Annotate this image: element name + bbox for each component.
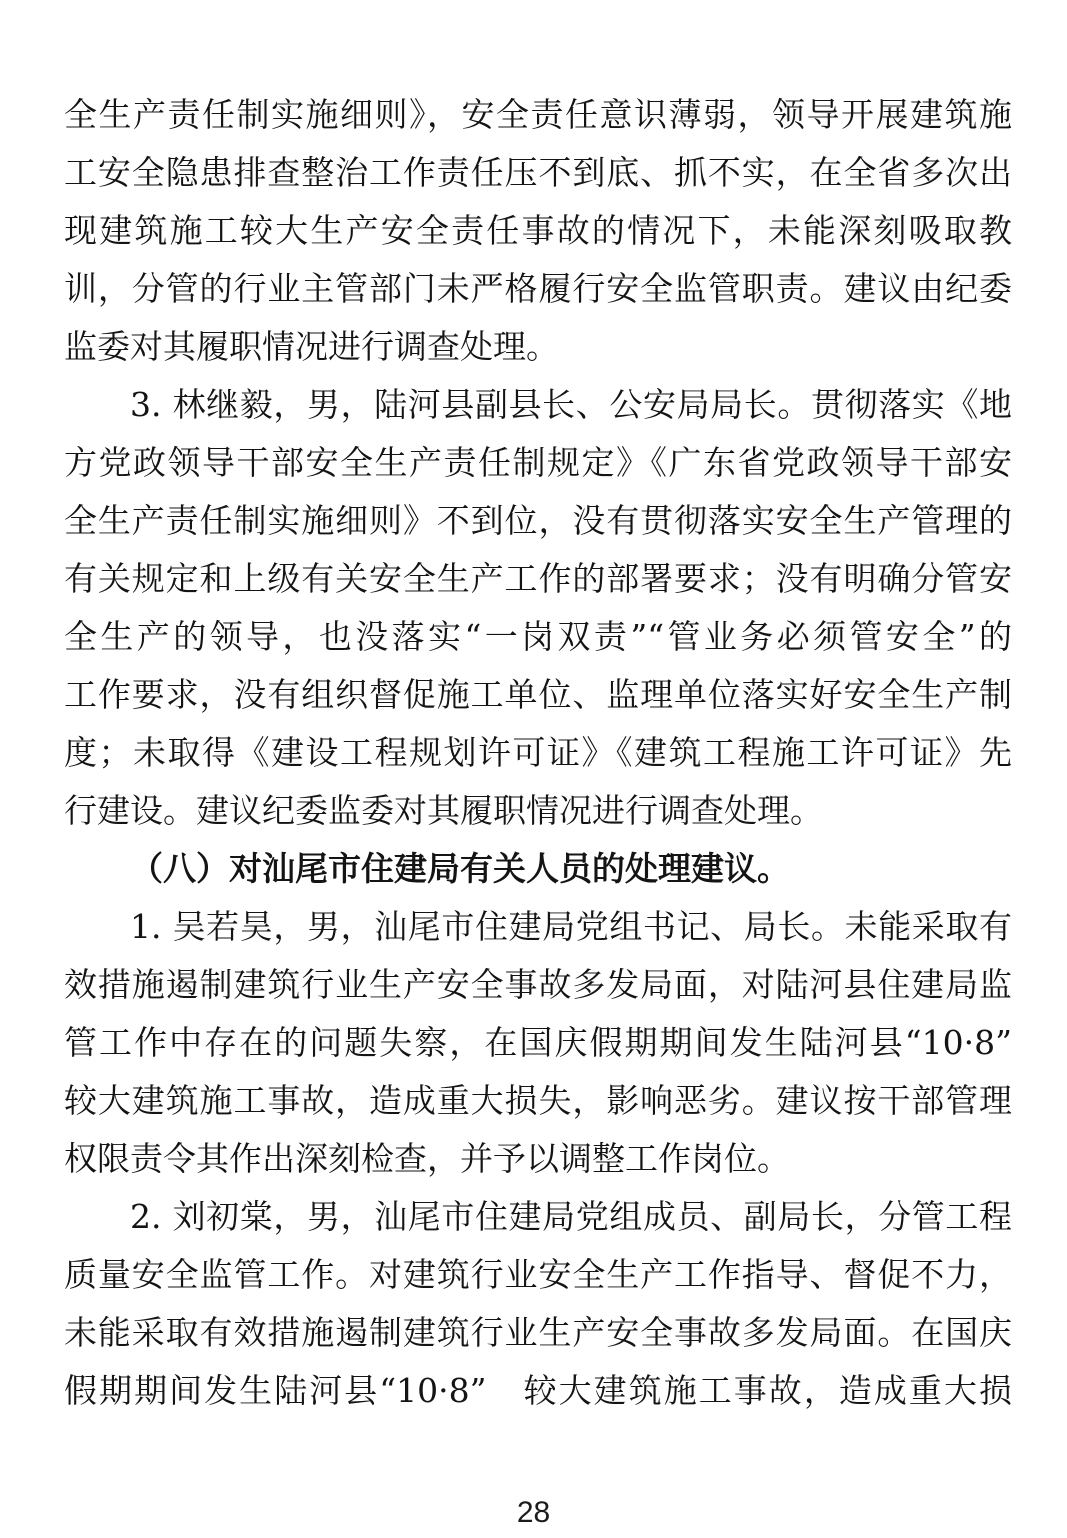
text-line: 较大建筑施工事故，造成重大损失，影响恶劣。建议按干部管理 xyxy=(64,1072,1012,1130)
page-number: 28 xyxy=(0,1496,1067,1530)
text-line: 度；未取得《建设工程规划许可证》《建筑工程施工许可证》先 xyxy=(64,724,1012,782)
document-body: 全生产责任制实施细则》，安全责任意识薄弱，领导开展建筑施 工安全隐患排查整治工作… xyxy=(64,86,1012,1420)
text-line: 方党政领导干部安全生产责任制规定》《广东省党政领导干部安 xyxy=(64,434,1012,492)
text-line: 管工作中存在的问题失察，在国庆假期期间发生陆河县“10·8” xyxy=(64,1014,1012,1072)
text-line: 工作要求，没有组织督促施工单位、监理单位落实好安全生产制 xyxy=(64,666,1012,724)
text-line: 未能采取有效措施遏制建筑行业生产安全事故多发局面。在国庆 xyxy=(64,1304,1012,1362)
text-line: 现建筑施工较大生产安全责任事故的情况下，未能深刻吸取教 xyxy=(64,202,1012,260)
text-line: 训，分管的行业主管部门未严格履行安全监管职责。建议由纪委 xyxy=(64,260,1012,318)
text-line: 行建设。建议纪委监委对其履职情况进行调查处理。 xyxy=(64,782,1012,840)
text-line: 权限责令其作出深刻检查，并予以调整工作岗位。 xyxy=(64,1130,1012,1188)
text-line-item-1: 1. 吴若昊，男，汕尾市住建局党组书记、局长。未能采取有 xyxy=(64,898,1012,956)
text-line: 监委对其履职情况进行调查处理。 xyxy=(64,318,1012,376)
text-line: 工安全隐患排查整治工作责任压不到底、抓不实，在全省多次出 xyxy=(64,144,1012,202)
text-line-item-2: 2. 刘初棠，男，汕尾市住建局党组成员、副局长，分管工程 xyxy=(64,1188,1012,1246)
text-line: 全生产的领导，也没落实“一岗双责”“管业务必须管安全”的 xyxy=(64,608,1012,666)
text-line: 质量安全监管工作。对建筑行业安全生产工作指导、督促不力， xyxy=(64,1246,1012,1304)
text-line: 效措施遏制建筑行业生产安全事故多发局面，对陆河县住建局监 xyxy=(64,956,1012,1014)
text-line: 全生产责任制实施细则》，安全责任意识薄弱，领导开展建筑施 xyxy=(64,86,1012,144)
text-line: 全生产责任制实施细则》不到位，没有贯彻落实安全生产管理的 xyxy=(64,492,1012,550)
document-page: 全生产责任制实施细则》，安全责任意识薄弱，领导开展建筑施 工安全隐患排查整治工作… xyxy=(0,0,1067,1538)
text-line-item-3: 3. 林继毅，男，陆河县副县长、公安局局长。贯彻落实《地 xyxy=(64,376,1012,434)
text-line: 有关规定和上级有关安全生产工作的部署要求；没有明确分管安 xyxy=(64,550,1012,608)
text-line: 假期期间发生陆河县“10·8” 较大建筑施工事故，造成重大损 xyxy=(64,1362,1012,1420)
section-heading: （八）对汕尾市住建局有关人员的处理建议。 xyxy=(64,840,1012,898)
